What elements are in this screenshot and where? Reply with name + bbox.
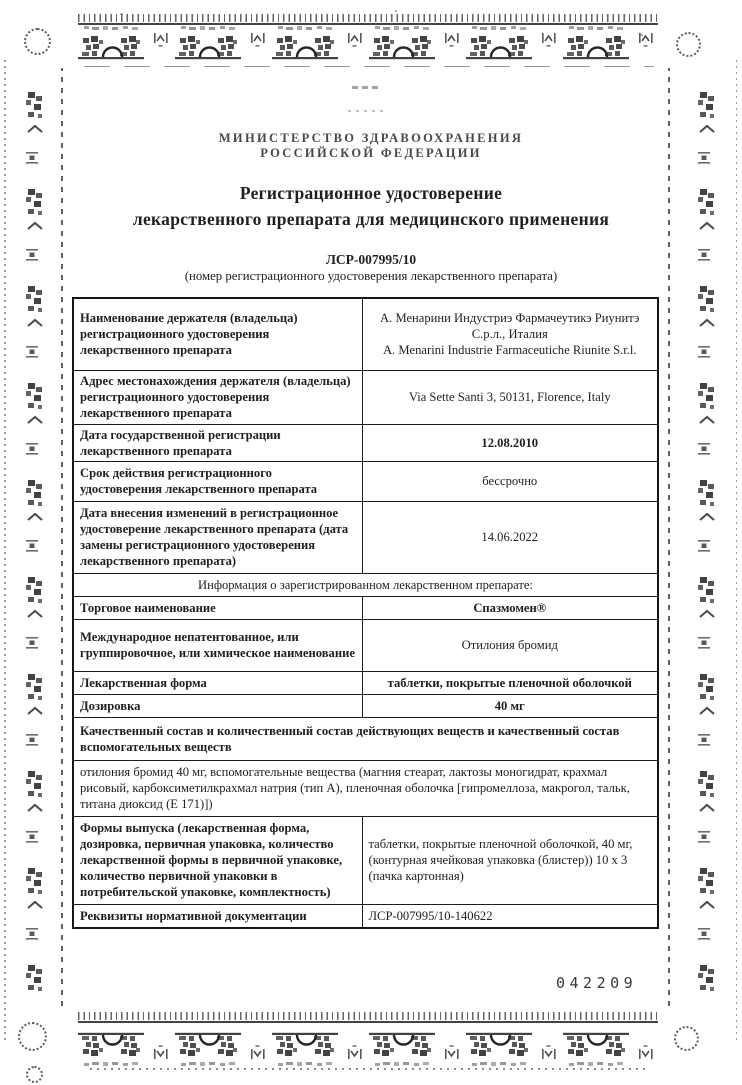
- row-release-forms: Формы выпуска (лекарственная форма, дози…: [73, 816, 658, 904]
- normative-docs-label: Реквизиты нормативной документации: [73, 904, 362, 928]
- corner-rosette-icon: [18, 1022, 47, 1051]
- row-holder-name: Наименование держателя (владельца) регис…: [73, 298, 658, 370]
- section-header: Информация о зарегистрированном лекарств…: [73, 573, 658, 596]
- registration-date-label: Дата государственной регистрации лекарст…: [73, 424, 362, 461]
- normative-docs-value: ЛСР-007995/10-140622: [362, 904, 658, 928]
- composition-header: Качественный состав и количественный сос…: [73, 717, 658, 760]
- border-line-bottom: [78, 1021, 658, 1023]
- scan-noise: [120, 13, 123, 15]
- row-composition-text: отилония бромид 40 мг, вспомогательные в…: [73, 760, 658, 816]
- row-composition-header: Качественный состав и количественный сос…: [73, 717, 658, 760]
- certificate-page: МИНИСТЕРСТВО ЗДРАВООХРАНЕНИЯ РОССИЙСКОЙ …: [0, 0, 742, 1085]
- row-holder-address: Адрес местонахождения держателя (владель…: [73, 370, 658, 424]
- row-validity: Срок действия регистрационного удостовер…: [73, 461, 658, 501]
- corner-rosette-icon: [674, 1026, 699, 1051]
- scan-noise: [640, 34, 643, 36]
- release-forms-label: Формы выпуска (лекарственная форма, дози…: [73, 816, 362, 904]
- composition-text: отилония бромид 40 мг, вспомогательные в…: [73, 760, 658, 816]
- border-dots-bottom: [90, 1068, 650, 1070]
- border-line-top: [78, 23, 658, 25]
- corner-rosette-icon: [676, 32, 701, 57]
- row-dosage-form: Лекарственная форма таблетки, покрытые п…: [73, 671, 658, 694]
- row-inn: Международное непатентованное, или групп…: [73, 619, 658, 671]
- corner-rosette-icon: [26, 1066, 43, 1083]
- scan-noise: [395, 10, 397, 12]
- row-normative-docs: Реквизиты нормативной документации ЛСР-0…: [73, 904, 658, 928]
- border-dashes-right: [668, 68, 670, 1006]
- corner-rosette-icon: [24, 28, 51, 55]
- registration-number: ЛСР-007995/10: [0, 251, 742, 268]
- holder-name-value-en: A. Menarini Industrie Farmaceutiche Riun…: [369, 342, 652, 358]
- holder-name-value: А. Менарини Индустриэ Фармачеутикэ Риуни…: [362, 298, 658, 370]
- inn-value: Отилония бромид: [362, 619, 658, 671]
- validity-value: бессрочно: [362, 461, 658, 501]
- dosage-form-label: Лекарственная форма: [73, 671, 362, 694]
- holder-name-value-ru: А. Менарини Индустриэ Фармачеутикэ Риуни…: [369, 310, 652, 342]
- border-dots-right: [736, 60, 737, 1040]
- border-dots-left: [4, 60, 6, 1040]
- trade-name-label: Торговое наименование: [73, 596, 362, 619]
- validity-label: Срок действия регистрационного удостовер…: [73, 461, 362, 501]
- border-ornament-top: [78, 26, 658, 68]
- row-section-header: Информация о зарегистрированном лекарств…: [73, 573, 658, 596]
- scan-mark: [348, 110, 388, 112]
- border-ticks-bottom: [78, 1012, 658, 1020]
- ministry-header: МИНИСТЕРСТВО ЗДРАВООХРАНЕНИЯ РОССИЙСКОЙ …: [0, 131, 742, 161]
- document-title: Регистрационное удостоверение лекарствен…: [0, 180, 742, 232]
- amendment-date-label: Дата внесения изменений в регистрационно…: [73, 501, 362, 573]
- row-dosage: Дозировка 40 мг: [73, 694, 658, 717]
- border-dashes-left: [61, 68, 63, 1006]
- document-title-line-2: лекарственного препарата для медицинског…: [0, 206, 742, 232]
- certificate-table: Наименование держателя (владельца) регис…: [72, 297, 659, 929]
- border-ornament-bottom: [78, 1024, 658, 1066]
- amendment-date-value: 14.06.2022: [362, 501, 658, 573]
- row-registration-date: Дата государственной регистрации лекарст…: [73, 424, 658, 461]
- border-ornament-right: [688, 88, 728, 993]
- dosage-value: 40 мг: [362, 694, 658, 717]
- inn-label: Международное непатентованное, или групп…: [73, 619, 362, 671]
- border-ticks-top: [78, 14, 658, 22]
- dosage-form-value: таблетки, покрытые пленочной оболочкой: [362, 671, 658, 694]
- ministry-line-2: РОССИЙСКОЙ ФЕДЕРАЦИИ: [0, 146, 742, 161]
- border-dashes-top: [84, 66, 654, 67]
- row-amendment-date: Дата внесения изменений в регистрационно…: [73, 501, 658, 573]
- holder-address-value: Via Sette Santi 3, 50131, Florence, Ital…: [362, 370, 658, 424]
- row-trade-name: Торговое наименование Спазмомен®: [73, 596, 658, 619]
- scan-mark: [352, 86, 378, 89]
- dosage-label: Дозировка: [73, 694, 362, 717]
- holder-address-label: Адрес местонахождения держателя (владель…: [73, 370, 362, 424]
- document-title-line-1: Регистрационное удостоверение: [0, 180, 742, 206]
- border-ornament-left: [16, 88, 56, 993]
- holder-name-label: Наименование держателя (владельца) регис…: [73, 298, 362, 370]
- serial-number: 042209: [556, 974, 637, 992]
- registration-date-value: 12.08.2010: [362, 424, 658, 461]
- ministry-line-1: МИНИСТЕРСТВО ЗДРАВООХРАНЕНИЯ: [0, 131, 742, 146]
- registration-number-caption: (номер регистрационного удостоверения ле…: [0, 268, 742, 284]
- release-forms-value: таблетки, покрытые пленочной оболочкой, …: [362, 816, 658, 904]
- trade-name-value: Спазмомен®: [362, 596, 658, 619]
